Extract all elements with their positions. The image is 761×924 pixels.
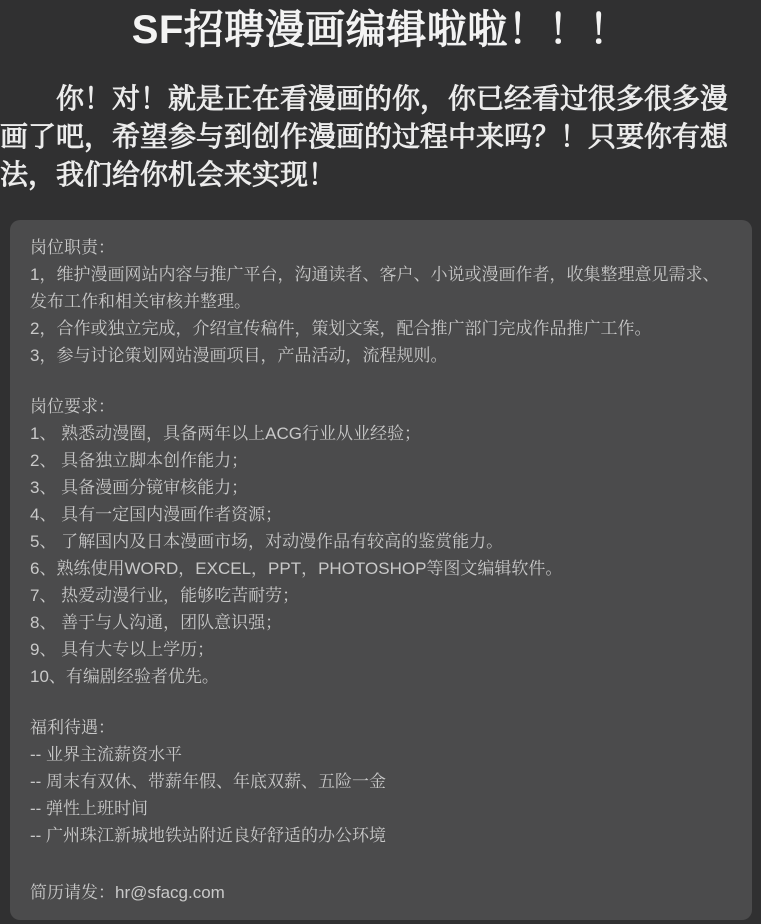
page-title: SF招聘漫画编辑啦啦！！！: [0, 6, 761, 54]
section-heading: 岗位职责：: [30, 234, 734, 261]
section-heading: 福利待遇：: [30, 714, 734, 741]
section-item: 1，维护漫画网站内容与推广平台，沟通读者、客户、小说或漫画作者，收集整理意见需求…: [30, 261, 734, 315]
section-item: 5、 了解国内及日本漫画市场，对动漫作品有较高的鉴赏能力。: [30, 528, 734, 555]
section-heading: 岗位要求：: [30, 393, 734, 420]
panel-sections: 岗位职责：1，维护漫画网站内容与推广平台，沟通读者、客户、小说或漫画作者，收集整…: [30, 234, 734, 849]
section-item: 4、 具有一定国内漫画作者资源；: [30, 501, 734, 528]
section-item: 8、 善于与人沟通，团队意识强；: [30, 609, 734, 636]
section-item: 2，合作或独立完成，介绍宣传稿件，策划文案，配合推广部门完成作品推广工作。: [30, 315, 734, 342]
panel-section: 岗位职责：1，维护漫画网站内容与推广平台，沟通读者、客户、小说或漫画作者，收集整…: [30, 234, 734, 369]
job-details-panel: 岗位职责：1，维护漫画网站内容与推广平台，沟通读者、客户、小说或漫画作者，收集整…: [10, 220, 752, 920]
panel-section: 福利待遇：-- 业界主流薪资水平-- 周末有双休、带薪年假、年底双薪、五险一金-…: [30, 714, 734, 849]
section-item: -- 弹性上班时间: [30, 795, 734, 822]
panel-section: 岗位要求：1、 熟悉动漫圈，具备两年以上ACG行业从业经验；2、 具备独立脚本创…: [30, 393, 734, 690]
section-item: 3，参与讨论策划网站漫画项目，产品活动，流程规则。: [30, 342, 734, 369]
section-item: 1、 熟悉动漫圈，具备两年以上ACG行业从业经验；: [30, 420, 734, 447]
section-item: -- 业界主流薪资水平: [30, 741, 734, 768]
section-item: 6、熟练使用WORD，EXCEL，PPT，PHOTOSHOP等图文编辑软件。: [30, 555, 734, 582]
section-item: 2、 具备独立脚本创作能力；: [30, 447, 734, 474]
section-item: 10、有编剧经验者优先。: [30, 663, 734, 690]
section-item: 3、 具备漫画分镜审核能力；: [30, 474, 734, 501]
recruitment-poster: SF招聘漫画编辑啦啦！！！ 你！对！就是正在看漫画的你，你已经看过很多很多漫画了…: [0, 6, 761, 924]
section-item: -- 周末有双休、带薪年假、年底双薪、五险一金: [30, 768, 734, 795]
contact-line: 简历请发：hr@sfacg.com: [30, 879, 734, 906]
section-item: 7、 热爱动漫行业，能够吃苦耐劳；: [30, 582, 734, 609]
section-item: -- 广州珠江新城地铁站附近良好舒适的办公环境: [30, 822, 734, 849]
section-item: 9、 具有大专以上学历；: [30, 636, 734, 663]
intro-paragraph: 你！对！就是正在看漫画的你，你已经看过很多很多漫画了吧，希望参与到创作漫画的过程…: [0, 80, 755, 194]
